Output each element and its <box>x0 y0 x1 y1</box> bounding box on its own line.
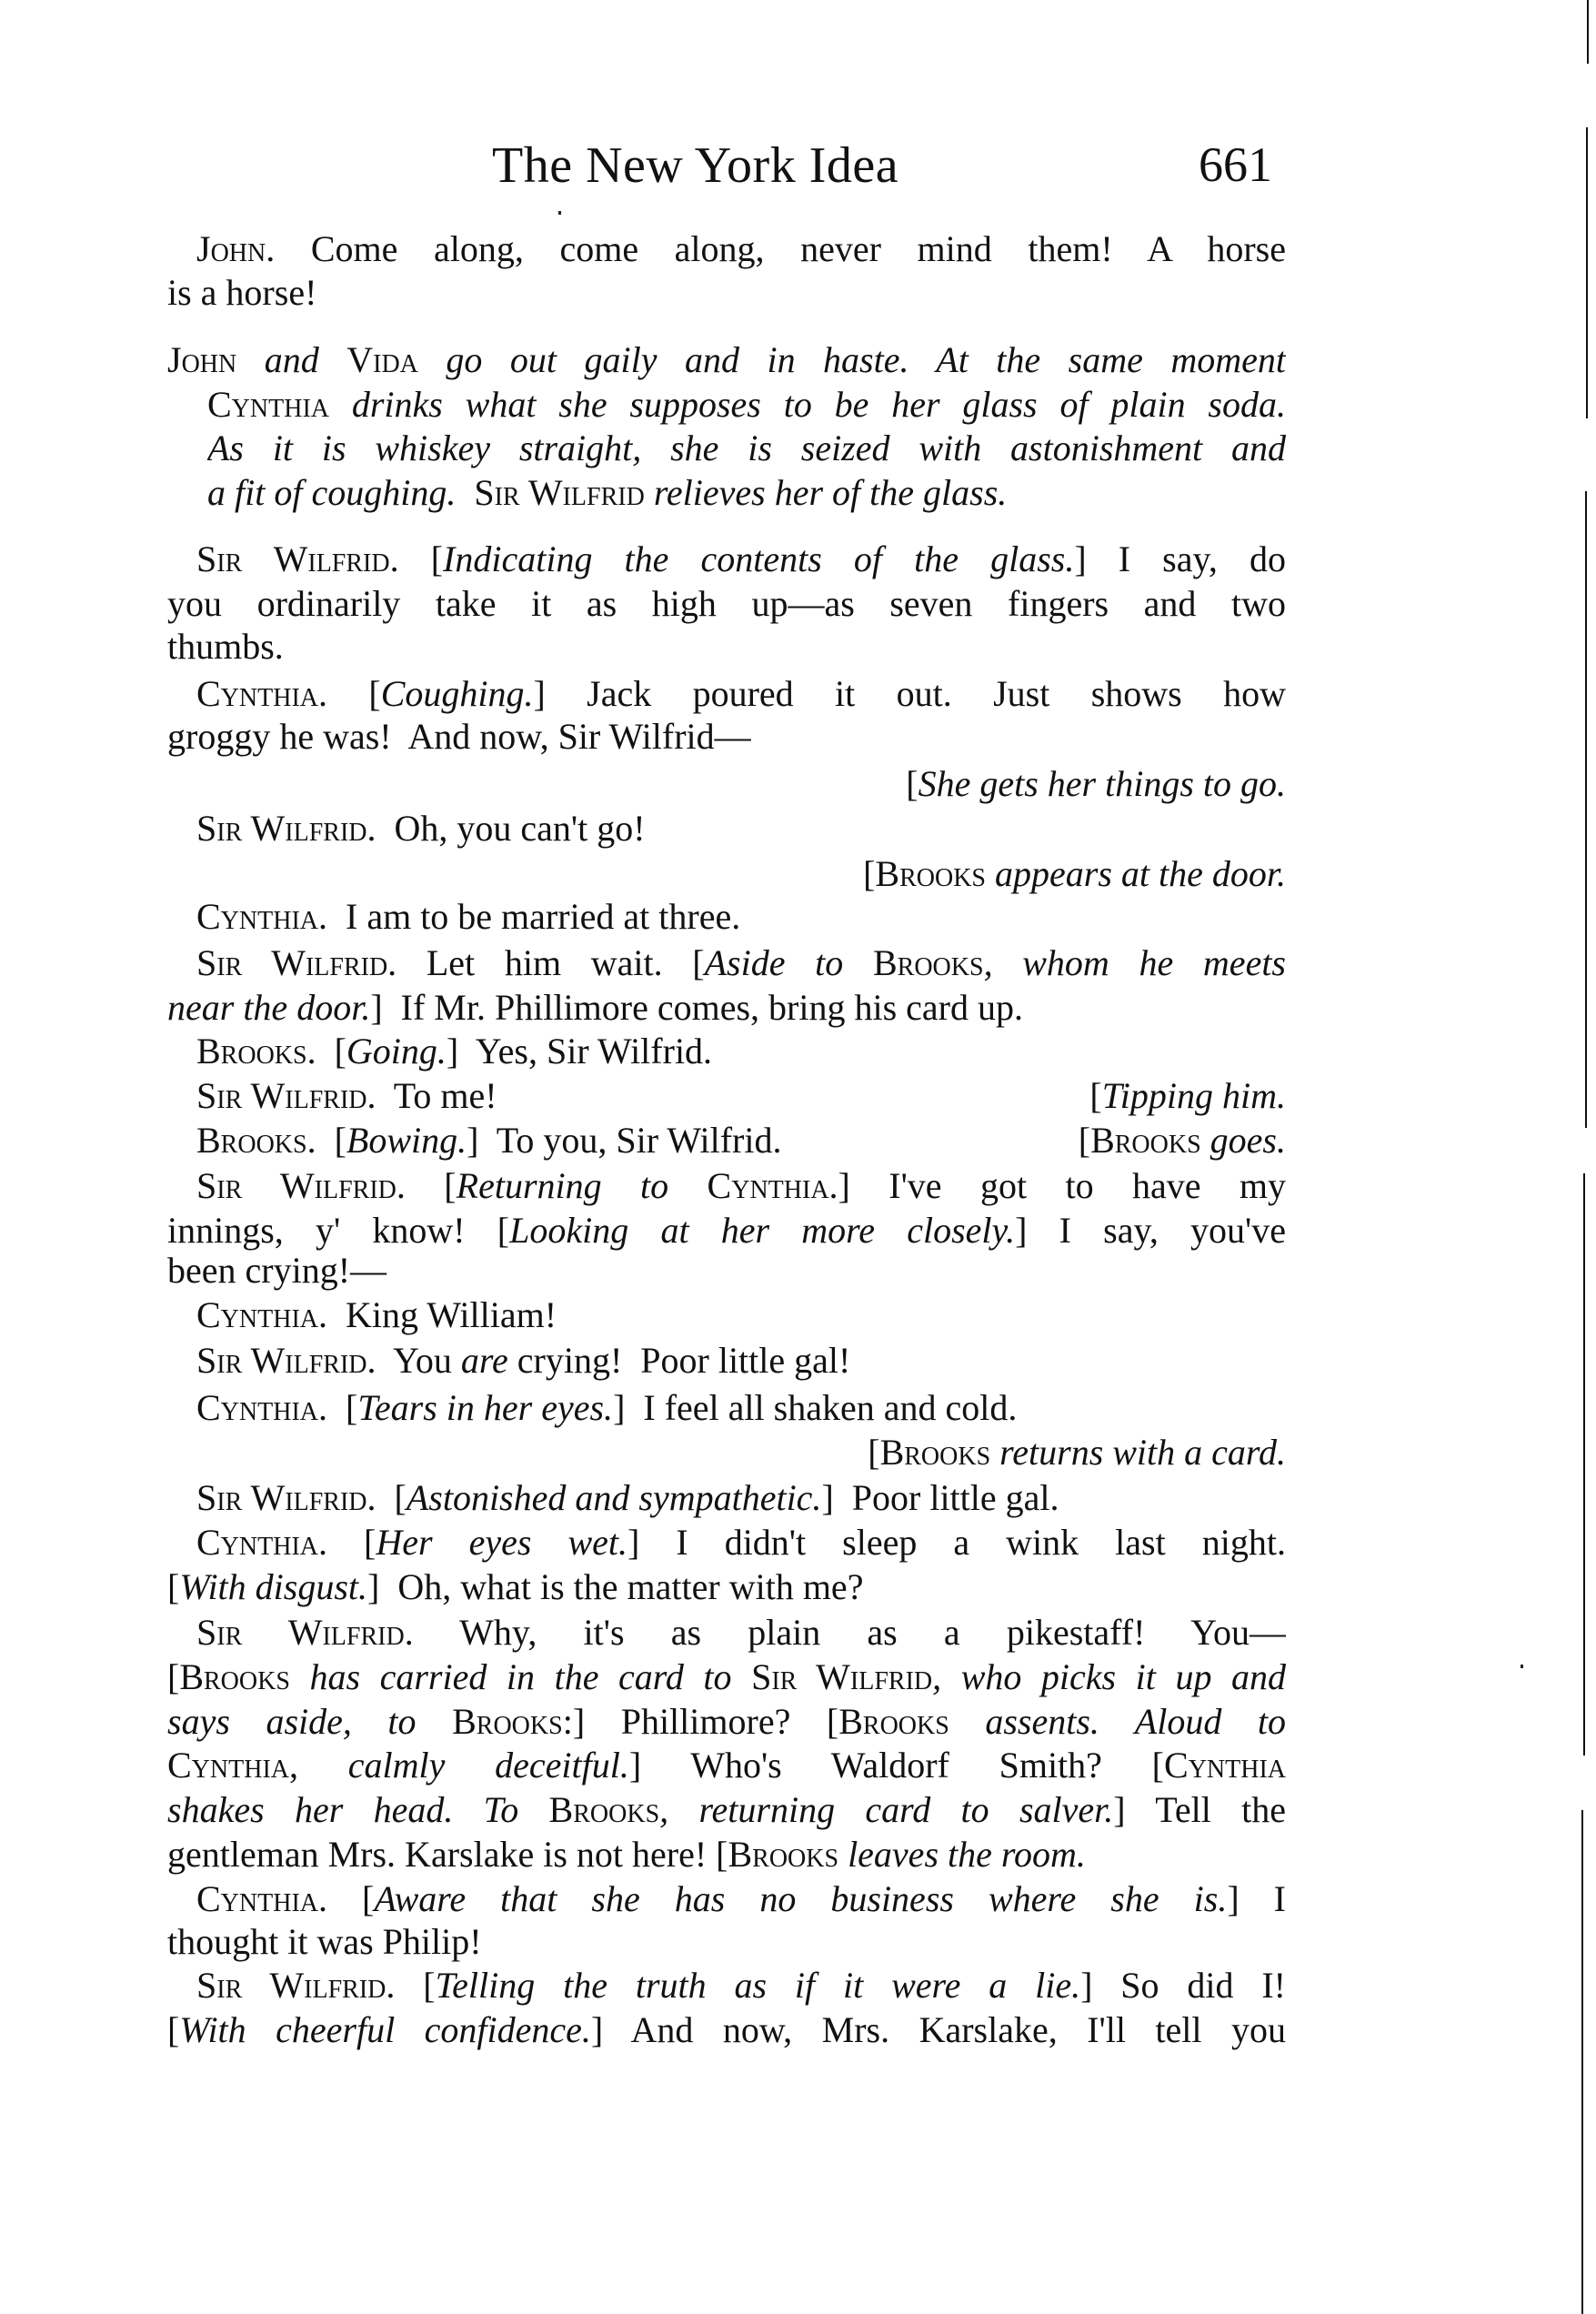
dialogue-text: thumbs. <box>167 626 284 667</box>
speaker-name: Brooks <box>838 1701 949 1742</box>
stage-direction: Her eyes wet. <box>376 1522 627 1563</box>
text-line: Brooks. [Going.] Yes, Sir Wilfrid. <box>196 1030 1286 1073</box>
text-line: been crying!— <box>167 1249 1286 1293</box>
dialogue-text: :] Phillimore? [ <box>563 1701 839 1742</box>
dialogue-text: King William! <box>327 1294 557 1335</box>
page-edge-line <box>1585 491 1587 1128</box>
dialogue-text: ] Oh, what is the matter with me? <box>367 1566 863 1607</box>
text-line: Sir Wilfrid. [Telling the truth as if it… <box>196 1964 1286 2007</box>
text-line: [Tipping him. <box>167 1074 1286 1118</box>
text-line: Cynthia. [Tears in her eyes.] I feel all… <box>196 1386 1286 1430</box>
text-line: gentleman Mrs. Karslake is not here! [Br… <box>167 1833 1286 1876</box>
speaker-name: Cynthia. <box>196 1878 327 1919</box>
speaker-name: Brooks <box>1090 1120 1201 1161</box>
text-line: Cynthia drinks what she supposes to be h… <box>207 383 1286 427</box>
stage-direction: drinks what she supposes to be her glass… <box>329 384 1286 425</box>
stage-direction: Returning to <box>457 1165 708 1206</box>
dialogue-text: crying! Poor little gal! <box>508 1340 851 1381</box>
text-line: is a horse! <box>167 271 1286 315</box>
speaker-name: Sir Wilfrid. <box>196 1477 376 1518</box>
scan-speck <box>1521 1665 1523 1668</box>
speaker-name: Sir Wilfrid. <box>196 942 396 983</box>
speaker-name: John. <box>196 228 275 269</box>
text-line: John and Vida go out gaily and in haste.… <box>167 338 1286 382</box>
dialogue-text: [ <box>376 1477 407 1518</box>
stage-direction: leaves the room. <box>838 1834 1086 1875</box>
text-line: Cynthia, calmly deceitful.] Who's Waldor… <box>167 1744 1286 1787</box>
dialogue-text: ] So did I! <box>1080 1965 1286 2006</box>
dialogue-text: Let him wait. [ <box>396 942 704 983</box>
dialogue-text: innings, y' know! [ <box>167 1210 509 1251</box>
speaker-name: Brooks <box>728 1834 838 1875</box>
dialogue-text: ] I feel all shaken and cold. <box>613 1387 1017 1428</box>
text-line: thought it was Philip! <box>167 1920 1286 1964</box>
text-line: John. Come along, come along, never mind… <box>196 227 1286 271</box>
dialogue-text: [ <box>868 1432 879 1473</box>
speaker-name: Sir Wilfrid. <box>196 1340 376 1381</box>
speaker-name: Sir Wilfrid. <box>196 1165 406 1206</box>
text-line: [Brooks goes. <box>167 1119 1286 1162</box>
stage-direction: , whom he meets <box>984 942 1286 983</box>
dialogue-text: ] I say, do <box>1074 538 1286 579</box>
text-line: [She gets her things to go. <box>167 762 1286 806</box>
speaker-name: Vida <box>346 339 418 380</box>
dialogue-text: , <box>289 1745 348 1786</box>
text-line: thumbs. <box>167 625 1286 669</box>
stage-direction: go out gaily and in haste. At the same m… <box>418 339 1286 380</box>
dialogue-text: ] Jack poured it out. Just shows how <box>533 673 1286 714</box>
text-line: As it is whiskey straight, she is seized… <box>207 427 1286 470</box>
speaker-name: Sir Wilfrid <box>751 1656 932 1697</box>
dialogue-text: ] Yes, Sir Wilfrid. <box>447 1031 712 1071</box>
page-edge-line <box>1581 1810 1583 2314</box>
text-line: Sir Wilfrid. You are crying! Poor little… <box>196 1339 1286 1383</box>
dialogue-text: gentleman Mrs. Karslake is not here! [ <box>167 1834 728 1875</box>
dialogue-text: [ <box>1079 1120 1090 1161</box>
speaker-name: Sir Wilfrid. <box>196 1612 414 1653</box>
speaker-name: Brooks. <box>196 1031 316 1071</box>
dialogue-text: groggy he was! And now, Sir Wilfrid— <box>167 716 751 757</box>
stage-direction: Looking at her more closely. <box>509 1210 1015 1251</box>
text-line: [With cheerful confidence.] And now, Mrs… <box>167 2008 1286 2052</box>
dialogue-text: [ <box>167 2009 179 2050</box>
stage-direction: Going. <box>346 1031 447 1071</box>
text-line: Cynthia. King William! <box>196 1293 1286 1337</box>
dialogue-text: [ <box>1089 1075 1101 1116</box>
page-edge-line <box>1586 127 1588 418</box>
text-line: Sir Wilfrid. Let him wait. [Aside to Bro… <box>196 941 1286 985</box>
text-line: Cynthia. [Coughing.] Jack poured it out.… <box>196 672 1286 716</box>
dialogue-text: Oh, you can't go! <box>376 808 646 849</box>
dialogue-text: ] Tell the <box>1113 1789 1286 1830</box>
text-line: [Brooks returns with a card. <box>167 1431 1286 1474</box>
text-line: Sir Wilfrid. [Indicating the contents of… <box>196 538 1286 581</box>
stage-direction: Telling the truth as if it were a lie. <box>436 1965 1081 2006</box>
text-line: Sir Wilfrid. [Returning to Cynthia.] I'v… <box>196 1164 1286 1208</box>
stage-direction: Indicating the contents of the glass. <box>443 538 1074 579</box>
text-line: groggy he was! And now, Sir Wilfrid— <box>167 715 1286 759</box>
stage-direction: assents. Aloud to <box>949 1701 1286 1742</box>
text-line: Cynthia. I am to be married at three. <box>196 895 1286 939</box>
dialogue-text: thought it was Philip! <box>167 1921 482 1962</box>
dialogue-text: [ <box>395 1965 435 2006</box>
stage-direction: calmly deceitful. <box>348 1745 629 1786</box>
page-edge-line <box>1583 1173 1585 1756</box>
text-line: innings, y' know! [Looking at her more c… <box>167 1209 1286 1253</box>
dialogue-text: I am to be married at three. <box>327 896 740 937</box>
dialogue-text: Come along, come along, never mind them!… <box>275 228 1286 269</box>
scan-speck <box>558 211 561 215</box>
page-number: 661 <box>1199 136 1272 193</box>
dialogue-text: ] I say, you've <box>1015 1210 1286 1251</box>
dialogue-text: you ordinarily take it as high up—as sev… <box>167 583 1286 624</box>
stage-direction: With disgust. <box>179 1566 367 1607</box>
dialogue-text: [ <box>399 538 443 579</box>
speaker-name: Brooks <box>179 1656 290 1697</box>
dialogue-text: [ <box>327 1387 357 1428</box>
text-line: near the door.] If Mr. Phillimore comes,… <box>167 986 1286 1030</box>
text-line: Sir Wilfrid. [Astonished and sympathetic… <box>196 1476 1286 1520</box>
dialogue-text: [ <box>316 1031 346 1071</box>
speaker-name: Brooks <box>875 853 986 894</box>
speaker-name: Sir Wilfrid. <box>196 808 376 849</box>
stage-direction: shakes her head. To <box>167 1789 549 1830</box>
stage-direction: returns with a card. <box>990 1432 1286 1473</box>
stage-direction: She gets her things to go. <box>918 763 1286 804</box>
text-line: Cynthia. [Her eyes wet.] I didn't sleep … <box>196 1521 1286 1564</box>
dialogue-text: [ <box>327 1522 376 1563</box>
stage-direction: Aside to <box>705 942 873 983</box>
text-line: a fit of coughing. Sir Wilfrid relieves … <box>207 471 1286 515</box>
dialogue-text: is a horse! <box>167 272 316 313</box>
dialogue-text: ] Who's Waldorf Smith? [ <box>629 1745 1164 1786</box>
speaker-name: Cynthia. <box>196 1294 327 1335</box>
stage-direction: has carried in the card to <box>290 1656 751 1697</box>
stage-direction: As it is whiskey straight, she is seized… <box>207 428 1286 468</box>
running-head-title: The New York Idea <box>492 136 898 195</box>
text-line: Sir Wilfrid. Oh, you can't go! <box>196 807 1286 850</box>
text-line: says aside, to Brooks:] Phillimore? [Bro… <box>167 1700 1286 1744</box>
dialogue-text: ] I didn't sleep a wink last night. <box>627 1522 1286 1563</box>
stage-direction: Coughing. <box>381 673 534 714</box>
dialogue-text: Why, it's as plain as a pikestaff! You— <box>414 1612 1286 1653</box>
speaker-name: Brooks <box>880 1432 991 1473</box>
speaker-name: Sir Wilfrid. <box>196 538 399 579</box>
stage-direction: Tears in her eyes. <box>357 1387 613 1428</box>
stage-direction: a fit of coughing. <box>207 472 474 513</box>
text-line: Cynthia. [Aware that she has no business… <box>196 1877 1286 1921</box>
dialogue-text: [ <box>863 853 875 894</box>
stage-direction: relieves her of the glass. <box>645 472 1007 513</box>
dialogue-text: ] Poor little gal. <box>821 1477 1059 1518</box>
speaker-name: Cynthia <box>207 384 329 425</box>
stage-direction: Aware that she has no business where she… <box>374 1878 1227 1919</box>
dialogue-text: [ <box>167 1656 179 1697</box>
dialogue-text: .] I've got to have my <box>829 1165 1286 1206</box>
book-page: The New York Idea 661 John. Come along, … <box>0 0 1596 2314</box>
dialogue-text: been crying!— <box>167 1250 386 1291</box>
dialogue-text: ] If Mr. Phillimore comes, bring his car… <box>370 987 1023 1028</box>
dialogue-text: ] I <box>1227 1878 1286 1919</box>
dialogue-text: [ <box>406 1165 457 1206</box>
speaker-name: Cynthia. <box>196 896 327 937</box>
stage-direction: Tipping him. <box>1102 1075 1286 1116</box>
speaker-name: Sir Wilfrid <box>474 472 645 513</box>
text-line: [Brooks has carried in the card to Sir W… <box>167 1655 1286 1699</box>
text-line: shakes her head. To Brooks, returning ca… <box>167 1788 1286 1832</box>
stage-direction: , who picks it up and <box>932 1656 1286 1697</box>
stage-direction: appears at the door. <box>986 853 1286 894</box>
speaker-name: Cynthia. <box>196 1387 327 1428</box>
text-line: Sir Wilfrid. Why, it's as plain as a pik… <box>196 1611 1286 1655</box>
speaker-name: Cynthia <box>167 1745 289 1786</box>
speaker-name: Cynthia. <box>196 673 327 714</box>
text-line: you ordinarily take it as high up—as sev… <box>167 582 1286 626</box>
dialogue-text: You <box>376 1340 461 1381</box>
stage-direction: and <box>236 339 346 380</box>
speaker-name: John <box>167 339 236 380</box>
stage-direction: With cheerful confidence. <box>179 2009 591 2050</box>
speaker-name: Brooks <box>873 942 984 983</box>
dialogue-text: [ <box>327 1878 374 1919</box>
text-line: [Brooks appears at the door. <box>167 852 1286 896</box>
stage-direction: near the door. <box>167 987 370 1028</box>
speaker-name: Cynthia <box>708 1165 829 1206</box>
text-line: [With disgust.] Oh, what is the matter w… <box>167 1565 1286 1609</box>
dialogue-text: [ <box>167 1566 179 1607</box>
stage-direction: Astonished and sympathetic. <box>407 1477 822 1518</box>
stage-direction: goes. <box>1201 1120 1286 1161</box>
speaker-name: Cynthia. <box>196 1522 327 1563</box>
stage-direction: are <box>461 1340 508 1381</box>
dialogue-text: ] And now, Mrs. Karslake, I'll tell you <box>591 2009 1286 2050</box>
dialogue-text: [ <box>327 673 381 714</box>
stage-direction: says aside, to <box>167 1701 452 1742</box>
speaker-name: Cynthia <box>1164 1745 1286 1786</box>
page-edge-line <box>1587 0 1589 64</box>
stage-direction: , returning card to salver. <box>659 1789 1113 1830</box>
speaker-name: Sir Wilfrid. <box>196 1965 395 2006</box>
speaker-name: Brooks <box>452 1701 563 1742</box>
speaker-name: Brooks <box>549 1789 660 1830</box>
dialogue-text: [ <box>906 763 918 804</box>
